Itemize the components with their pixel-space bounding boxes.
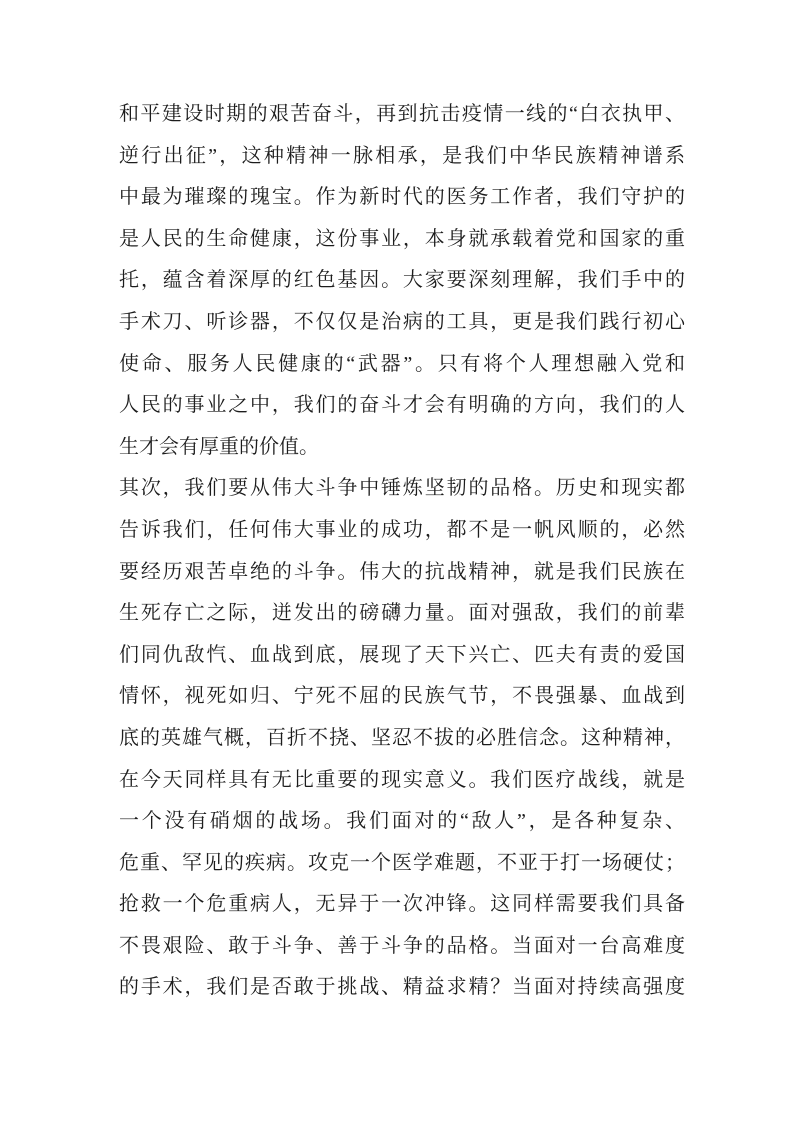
paragraph-1: 和平建设时期的艰苦奋斗，再到抗击疫情一线的“白衣执甲、 逆行出征”，这种精神一脉… (119, 94, 685, 468)
text-line: 告诉我们，任何伟大事业的成功，都不是一帆风顺的，必然 (119, 510, 685, 552)
text-line: 逆行出征”，这种精神一脉相承，是我们中华民族精神谱系 (119, 136, 685, 178)
text-line: 要经历艰苦卓绝的斗争。伟大的抗战精神，就是我们民族在 (119, 552, 685, 594)
document-page: 和平建设时期的艰苦奋斗，再到抗击疫情一线的“白衣执甲、 逆行出征”，这种精神一脉… (0, 0, 793, 1122)
text-line: 在今天同样具有无比重要的现实意义。我们医疗战线，就是 (119, 760, 685, 802)
text-line: 们同仇敌忾、血战到底，展现了天下兴亡、匹夫有责的爱国 (119, 635, 685, 677)
text-line: 手术刀、听诊器，不仅仅是治病的工具，更是我们践行初心 (119, 302, 685, 344)
text-line: 不畏艰险、敢于斗争、善于斗争的品格。当面对一台高难度 (119, 926, 685, 968)
text-line: 中最为璀璨的瑰宝。作为新时代的医务工作者，我们守护的 (119, 177, 685, 219)
text-line: 生死存亡之际，迸发出的磅礴力量。面对强敌，我们的前辈 (119, 593, 685, 635)
text-line: 底的英雄气概，百折不挠、坚忍不拔的必胜信念。这种精神， (119, 718, 685, 760)
text-line: 危重、罕见的疾病。攻克一个医学难题，不亚于打一场硬仗； (119, 843, 685, 885)
text-line: 抢救一个危重病人，无异于一次冲锋。这同样需要我们具备 (119, 884, 685, 926)
text-line: 人民的事业之中，我们的奋斗才会有明确的方向，我们的人 (119, 385, 685, 427)
text-line: 生才会有厚重的价值。 (119, 427, 685, 469)
text-line: 和平建设时期的艰苦奋斗，再到抗击疫情一线的“白衣执甲、 (119, 94, 685, 136)
text-line: 使命、服务人民健康的“武器”。只有将个人理想融入党和 (119, 344, 685, 386)
text-line: 是人民的生命健康，这份事业，本身就承载着党和国家的重 (119, 219, 685, 261)
text-line: 一个没有硝烟的战场。我们面对的“敌人”，是各种复杂、 (119, 801, 685, 843)
text-line: 情怀，视死如归、宁死不屈的民族气节，不畏强暴、血战到 (119, 676, 685, 718)
text-line: 的手术，我们是否敢于挑战、精益求精？当面对持续高强度 (119, 967, 685, 1009)
text-line: 托，蕴含着深厚的红色基因。大家要深刻理解，我们手中的 (119, 260, 685, 302)
paragraph-2: 其次，我们要从伟大斗争中锤炼坚韧的品格。历史和现实都 告诉我们，任何伟大事业的成… (119, 468, 685, 1009)
text-line: 其次，我们要从伟大斗争中锤炼坚韧的品格。历史和现实都 (119, 468, 685, 510)
